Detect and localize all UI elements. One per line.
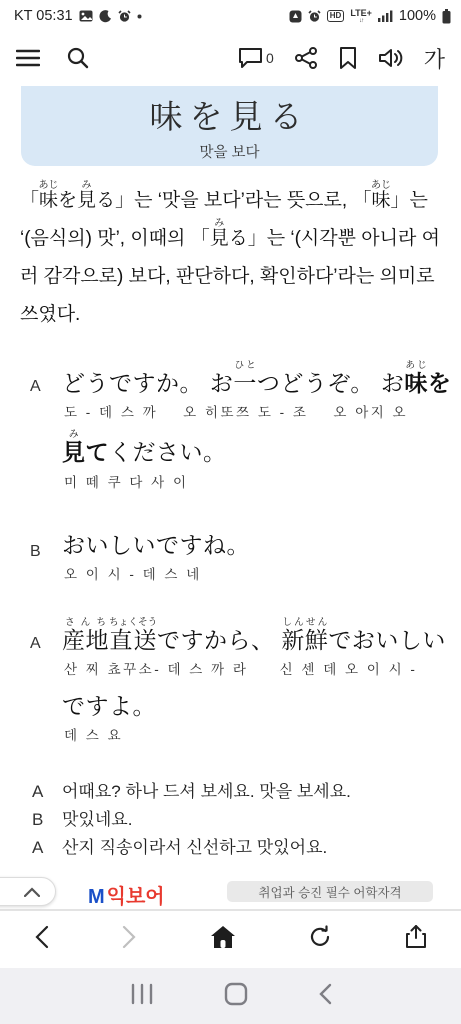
lesson-title-korean: 맛을 보다 [21,141,438,162]
recent-apps-button[interactable] [130,983,154,1010]
home-nav-button[interactable] [224,982,248,1011]
battery-percent-label: 100% [399,8,436,24]
dialog-entry: B おいしいですね。 오 이 시 - 데 스 네 [30,525,457,591]
dialog-japanese-line: どうですか。 お一ひとつどうぞ。 お味あじを [62,360,457,403]
translation-row: A 산지 직송이라서 신선하고 맛있어요. [32,834,461,862]
ad-logo-name: 익보어 [107,886,165,908]
notification-dot-icon [137,14,142,19]
menu-button[interactable] [16,49,40,67]
chevron-up-icon [24,887,40,897]
pronunciation-line: 산 찌 쵸꾸소- 데 스 까 라 신 센 데 오 이 시 - [64,658,457,678]
comments-button[interactable]: 0 [238,47,274,70]
dialog-japanese-line: 産地さんち直送ちょくそうですから、 新鮮しんせんでおいしい [62,617,457,660]
page-content: 味を見る 맛을 보다 「味あじを見みる」는 ‘맛을 보다’라는 뜻으로, 「味あ… [0,86,461,912]
hd-voice-icon: HD [327,10,345,22]
translation-row: A 어때요? 하나 드셔 보세요. 맛을 보세요. [32,778,461,806]
carrier-time-label: KT 05:31 [14,8,73,24]
speaker-label: B [32,806,62,834]
comment-count-label: 0 [266,50,274,66]
android-nav-bar [0,968,461,1024]
status-left: KT 05:31 [14,8,142,24]
speaker-label: A [30,360,62,499]
pronunciation-line: 오 이 시 - 데 스 네 [64,563,457,583]
font-size-button[interactable]: 가 [424,43,445,74]
ad-logo[interactable]: M익보어 [88,880,165,909]
screenshot-icon [79,10,93,22]
translation-text: 어때요? 하나 드셔 보세요. 맛을 보세요. [62,778,351,806]
pronunciation-line: 도 - 데 스 까 오 히또쯔 도 - 조 오 아지 오 [64,401,457,421]
forward-button[interactable] [122,925,137,954]
speaker-label: A [32,778,62,806]
tts-speaker-button[interactable] [378,47,404,69]
browser-toolbar: 0 가 [0,30,461,88]
signal-strength-icon [378,10,393,22]
status-bar: KT 05:31 HD LTE+ ↓↑ [0,0,461,30]
dialog-entry: A 産地さんち直送ちょくそうですから、 新鮮しんせんでおいしい 산 찌 쵸꾸소-… [30,617,457,753]
back-button[interactable] [34,925,49,954]
refresh-button[interactable] [308,925,332,954]
phone-screen: KT 05:31 HD LTE+ ↓↑ [0,0,461,1024]
pronunciation-line: 데 스 요 [64,724,457,744]
bookmark-button[interactable] [338,46,358,70]
banner-collapse-button[interactable] [0,877,56,906]
alarm-status-icon [308,10,321,23]
lte-plus-icon: LTE+ ↓↑ [350,9,372,24]
translation-row: B 맛있네요. [32,806,461,834]
pronunciation-line: 미 떼 쿠 다 사 이 [64,471,457,491]
battery-icon [442,9,451,24]
speaker-label: A [30,617,62,753]
intro-paragraph: 「味あじを見みる」는 ‘맛을 보다’라는 뜻으로, 「味あじ」는 ‘(음식의) … [20,180,447,334]
app-notification-icon [289,10,302,23]
dialog-japanese-line: 見みてください。 [62,429,457,472]
moon-icon [99,10,112,23]
ad-logo-m: M [88,886,105,908]
comment-bubble-icon [238,47,263,70]
dialog-section: A どうですか。 お一ひとつどうぞ。 お味あじを 도 - 데 스 까 오 히또쯔… [30,360,457,752]
title-card: 味を見る 맛을 보다 [21,86,438,166]
home-button[interactable] [210,925,236,954]
dialog-japanese-line: おいしいですね。 [62,525,457,565]
speaker-label: B [30,525,62,591]
ad-banner: M익보어 취업과 승진 필수 어학자격 [0,876,461,911]
back-nav-button[interactable] [318,983,332,1010]
status-right: HD LTE+ ↓↑ 100% [289,8,451,24]
share-page-button[interactable] [405,925,427,954]
alarm-icon [118,10,131,23]
search-button[interactable] [66,46,90,70]
browser-nav-bar [0,911,461,968]
ad-badge[interactable]: 취업과 승진 필수 어학자격 [227,881,433,902]
translation-section: A 어때요? 하나 드셔 보세요. 맛을 보세요. B 맛있네요. A 산지 직… [32,778,461,862]
lesson-title-japanese: 味を見る [21,91,438,138]
translation-text: 맛있네요. [62,806,132,834]
translation-text: 산지 직송이라서 신선하고 맛있어요. [62,834,327,862]
dialog-entry: A どうですか。 お一ひとつどうぞ。 お味あじを 도 - 데 스 까 오 히또쯔… [30,360,457,499]
dialog-japanese-line: ですよ。 [62,686,457,726]
speaker-label: A [32,834,62,862]
share-button[interactable] [294,46,318,70]
